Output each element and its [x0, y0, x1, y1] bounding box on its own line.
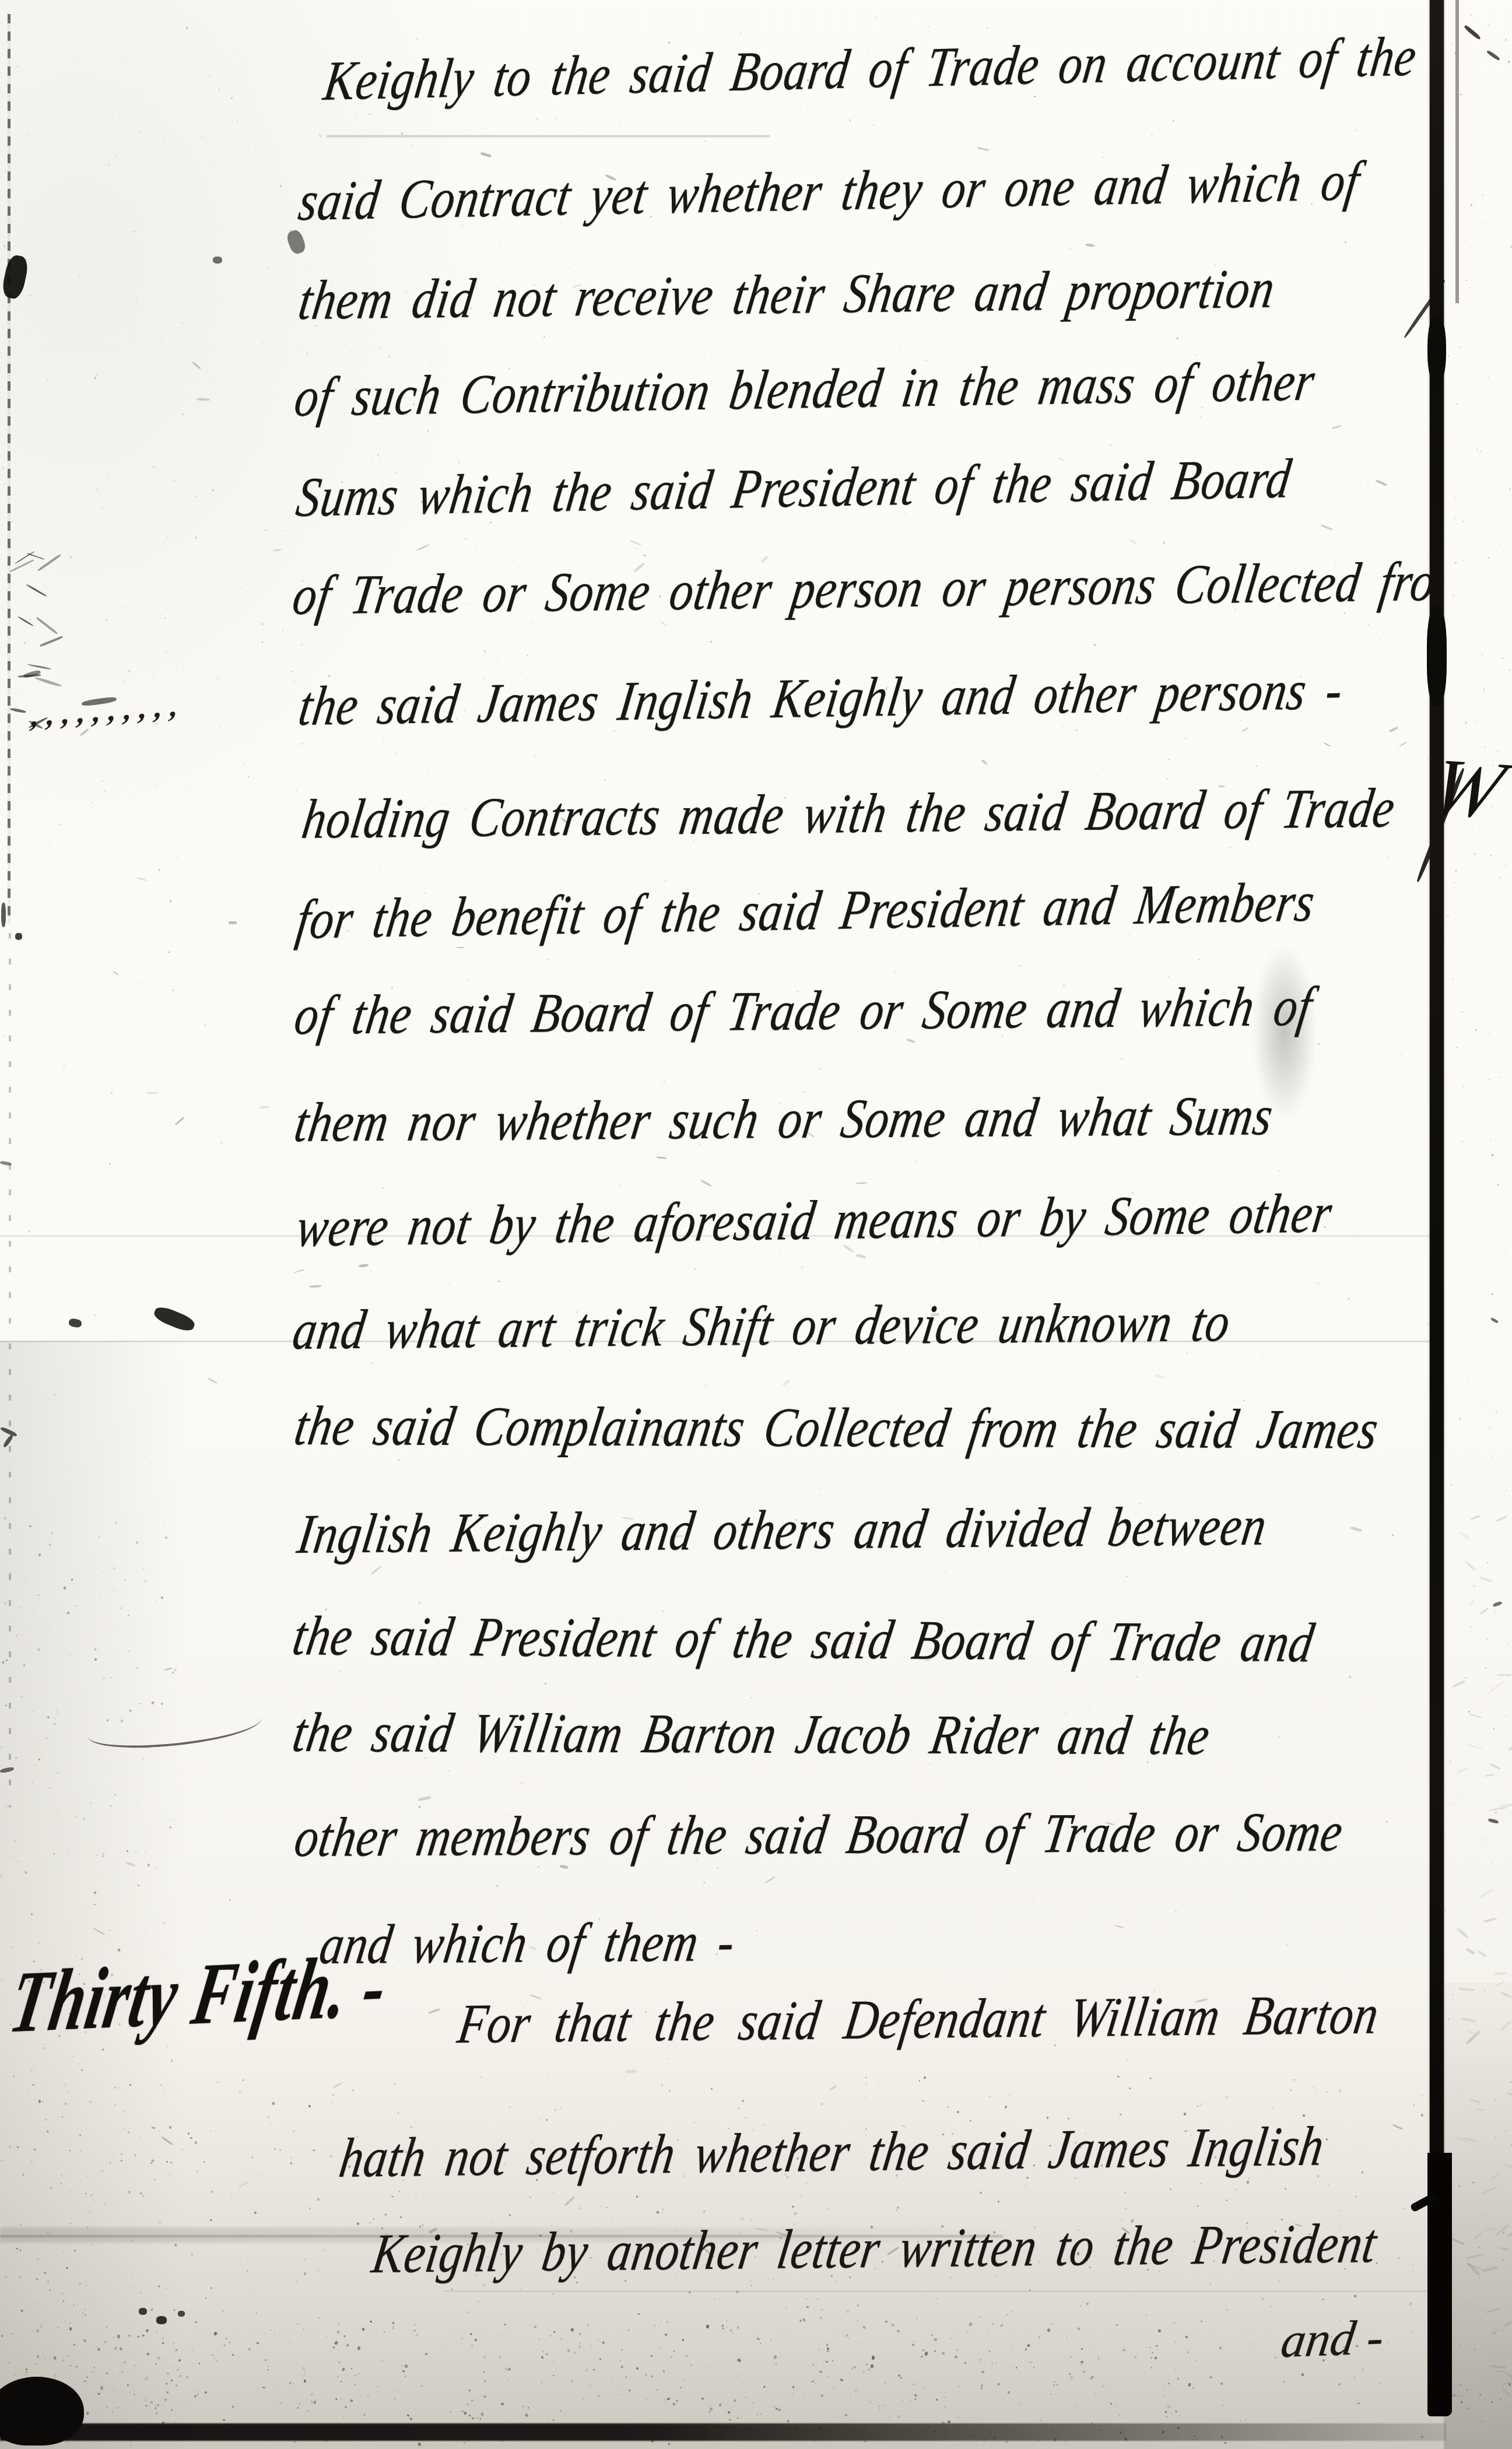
catchword: and -	[1278, 2309, 1388, 2370]
manuscript-line: them did not receive their Share and pro…	[295, 257, 1279, 331]
paper-tone-right	[1444, 1983, 1512, 2449]
manuscript-text-block: Keighly to the said Board of Trade on ac…	[0, 0, 1438, 2449]
manuscript-line: of the said Board of Trade or Some and w…	[291, 976, 1317, 1046]
binding-ink-bulge	[1427, 606, 1447, 706]
manuscript-line: the said James Inglish Keighly and other…	[295, 659, 1347, 737]
manuscript-line: them nor whether such or Some and what S…	[291, 1085, 1278, 1153]
manuscript-line: of such Contribution blended in the mass…	[291, 350, 1319, 427]
manuscript-page: Keighly to the said Board of Trade on ac…	[0, 0, 1512, 2449]
manuscript-line: were not by the aforesaid means or by So…	[293, 1182, 1336, 1258]
margin-heading-thirty-fifth: Thirty Fifth. -	[3, 1938, 394, 2051]
manuscript-line: said Contract yet whether they or one an…	[295, 150, 1363, 232]
manuscript-line: For that the said Defendant William Bart…	[454, 1983, 1383, 2054]
manuscript-line: the said President of the said Board of …	[289, 1605, 1318, 1673]
manuscript-line: Keighly to the said Board of Trade on ac…	[320, 25, 1420, 111]
manuscript-line: hath not setforth whether the said James…	[336, 2115, 1328, 2188]
binding-edge-line-bottom	[1427, 2153, 1452, 2416]
manuscript-line: holding Contracts made with the said Boa…	[299, 777, 1399, 850]
manuscript-line: the said Complainants Collected from the…	[290, 1395, 1383, 1460]
left-edge-scan-line	[8, 14, 10, 924]
left-edge-scan-line	[9, 933, 11, 1808]
manuscript-line: the said William Barton Jacob Rider and …	[289, 1701, 1214, 1766]
binding-ink-bulge	[1427, 315, 1446, 385]
manuscript-line: for the benefit of the said President an…	[293, 871, 1318, 950]
manuscript-line: other members of the said Board of Trade…	[291, 1801, 1348, 1868]
bottom-scan-edge	[0, 2423, 1446, 2441]
binding-edge-echo	[1455, 0, 1459, 303]
manuscript-line: Inglish Keighly and others and divided b…	[294, 1494, 1271, 1564]
manuscript-line: Sums which the said President of the sai…	[293, 447, 1295, 528]
manuscript-line: and what art trick Shift or device unkno…	[289, 1291, 1234, 1361]
manuscript-line: Keighly by another letter written to the…	[369, 2212, 1381, 2285]
manuscript-line: of Trade or Some other person or persons…	[289, 550, 1438, 626]
